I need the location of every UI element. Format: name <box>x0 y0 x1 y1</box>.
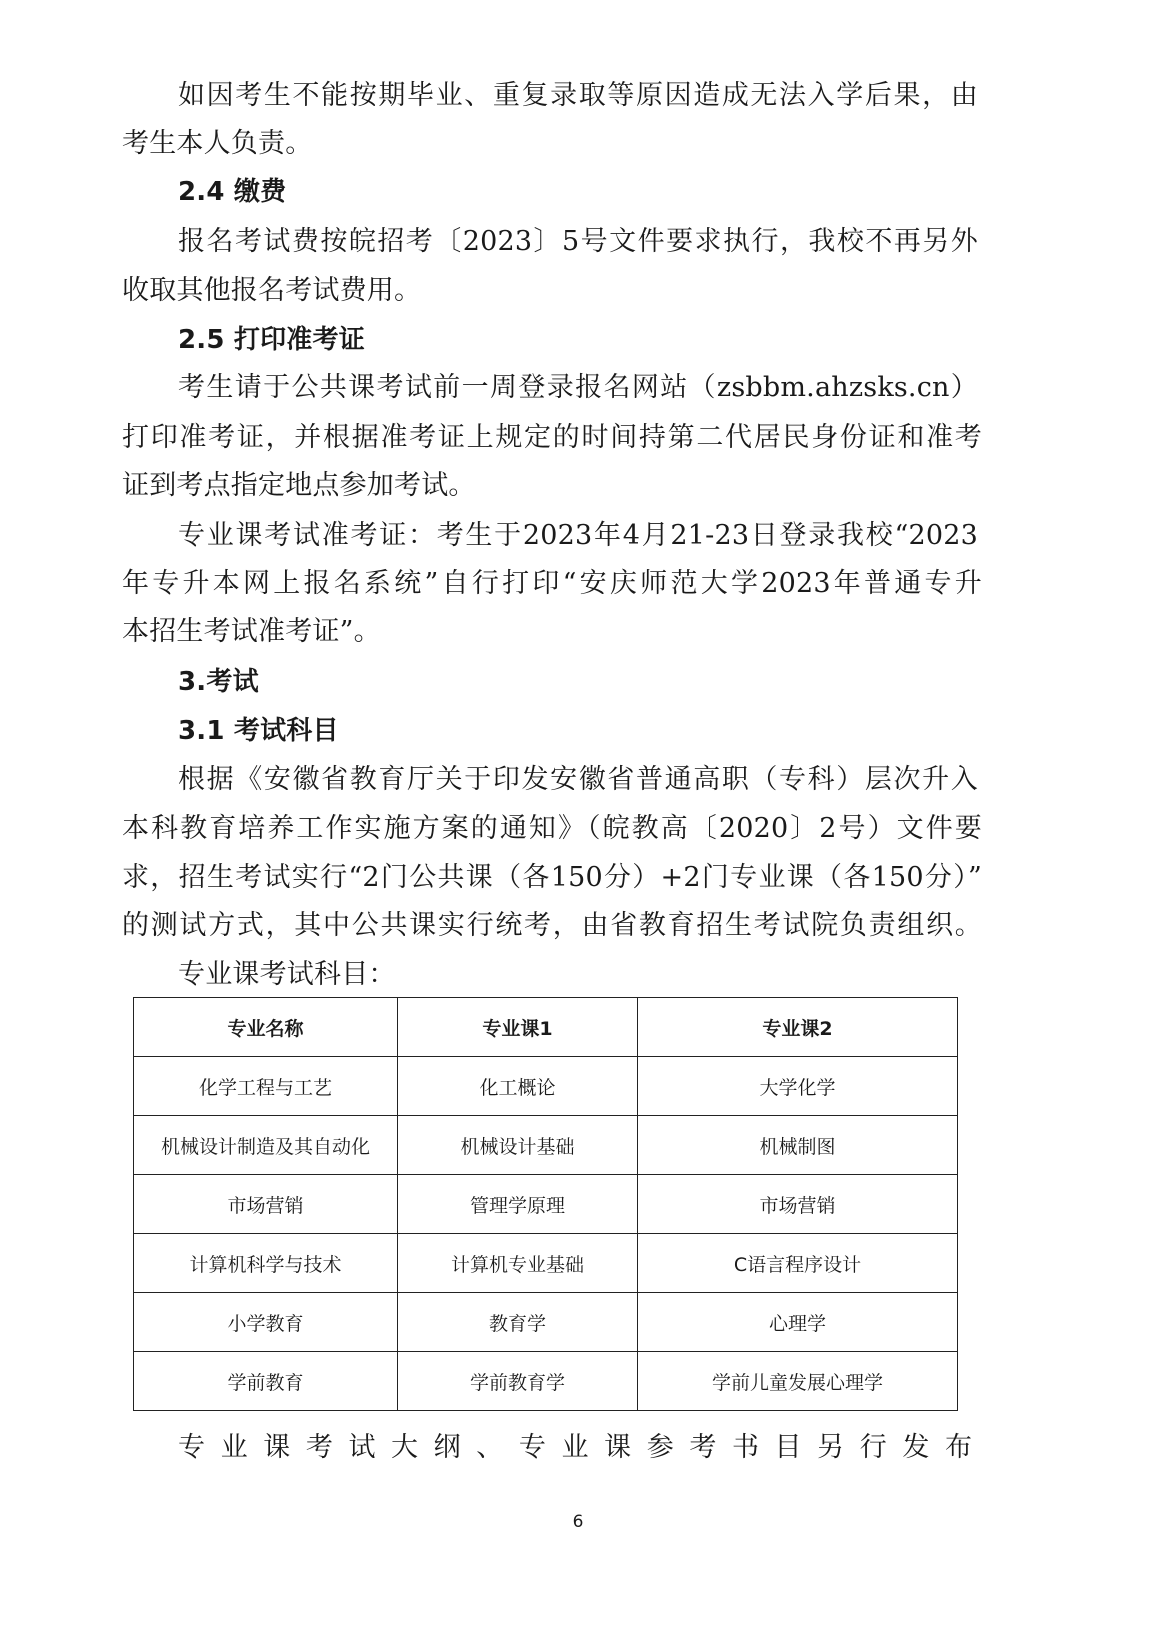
paragraph-line: 打印准考证，并根据准考证上规定的时间持第二代居民身份证和准考 <box>122 414 982 462</box>
cell-course-1: 教育学 <box>398 1293 638 1352</box>
paragraph-line: 证到考点指定地点参加考试。 <box>122 462 982 510</box>
paragraph-line: 本招生考试准考证”。 <box>122 608 982 656</box>
cell-course-1: 机械设计基础 <box>398 1116 638 1175</box>
section-heading-3-1: 3.1 考试科目 <box>178 707 978 755</box>
paragraph-line: 专业课考试大纲、专业课参考书目另行发布 <box>178 1424 978 1472</box>
cell-course-2: 机械制图 <box>638 1116 958 1175</box>
section-heading-2-5: 2.5 打印准考证 <box>178 316 978 364</box>
header-major-name: 专业名称 <box>134 998 398 1057</box>
header-course-1: 专业课1 <box>398 998 638 1057</box>
table-header-row: 专业名称 专业课1 专业课2 <box>134 998 958 1057</box>
paragraph-line: 专业课考试准考证：考生于2023年4月21-23日登录我校“2023 <box>178 512 978 560</box>
cell-major: 机械设计制造及其自动化 <box>134 1116 398 1175</box>
cell-major: 小学教育 <box>134 1293 398 1352</box>
cell-major: 计算机科学与技术 <box>134 1234 398 1293</box>
paragraph-line: 报名考试费按皖招考〔2023〕5号文件要求执行，我校不再另外 <box>178 218 978 266</box>
paragraph-line: 年专升本网上报名系统”自行打印“安庆师范大学2023年普通专升 <box>122 560 982 608</box>
table-row: 学前教育 学前教育学 学前儿童发展心理学 <box>134 1352 958 1411</box>
paragraph-line: 本科教育培养工作实施方案的通知》（皖教高〔2020〕2号）文件要 <box>122 805 982 853</box>
cell-major: 学前教育 <box>134 1352 398 1411</box>
paragraph-line: 收取其他报名考试费用。 <box>122 267 982 315</box>
cell-course-2: 学前儿童发展心理学 <box>638 1352 958 1411</box>
paragraph-line: 求，招生考试实行“2门公共课（各150分）+2门专业课（各150分）” <box>122 854 982 902</box>
section-heading-2-4: 2.4 缴费 <box>178 168 978 216</box>
table-row: 机械设计制造及其自动化 机械设计基础 机械制图 <box>134 1116 958 1175</box>
document-page: 如因考生不能按期毕业、重复录取等原因造成无法入学后果，由 考生本人负责。 2.4… <box>0 0 1156 1642</box>
cell-major: 市场营销 <box>134 1175 398 1234</box>
cell-course-2: 市场营销 <box>638 1175 958 1234</box>
header-course-2: 专业课2 <box>638 998 958 1057</box>
cell-course-1: 计算机专业基础 <box>398 1234 638 1293</box>
table-row: 小学教育 教育学 心理学 <box>134 1293 958 1352</box>
cell-major: 化学工程与工艺 <box>134 1057 398 1116</box>
cell-course-1: 化工概论 <box>398 1057 638 1116</box>
cell-course-1: 管理学原理 <box>398 1175 638 1234</box>
table-caption: 专业课考试科目： <box>178 951 978 999</box>
paragraph-line: 的测试方式，其中公共课实行统考，由省教育招生考试院负责组织。 <box>122 902 982 950</box>
page-number: 6 <box>0 1512 1156 1532</box>
paragraph-line: 如因考生不能按期毕业、重复录取等原因造成无法入学后果，由 <box>178 72 978 120</box>
cell-course-1: 学前教育学 <box>398 1352 638 1411</box>
cell-course-2: 大学化学 <box>638 1057 958 1116</box>
cell-course-2: 心理学 <box>638 1293 958 1352</box>
paragraph-line: 根据《安徽省教育厅关于印发安徽省普通高职（专科）层次升入 <box>178 756 978 804</box>
section-heading-3: 3.考试 <box>178 658 978 706</box>
table-row: 市场营销 管理学原理 市场营销 <box>134 1175 958 1234</box>
table-row: 化学工程与工艺 化工概论 大学化学 <box>134 1057 958 1116</box>
paragraph-line: 考生本人负责。 <box>122 120 982 168</box>
paragraph-line: 考生请于公共课考试前一周登录报名网站（zsbbm.ahzsks.cn） <box>178 364 978 412</box>
exam-subjects-table: 专业名称 专业课1 专业课2 化学工程与工艺 化工概论 大学化学 机械设计制造及… <box>133 997 958 1411</box>
cell-course-2: C语言程序设计 <box>638 1234 958 1293</box>
table-row: 计算机科学与技术 计算机专业基础 C语言程序设计 <box>134 1234 958 1293</box>
